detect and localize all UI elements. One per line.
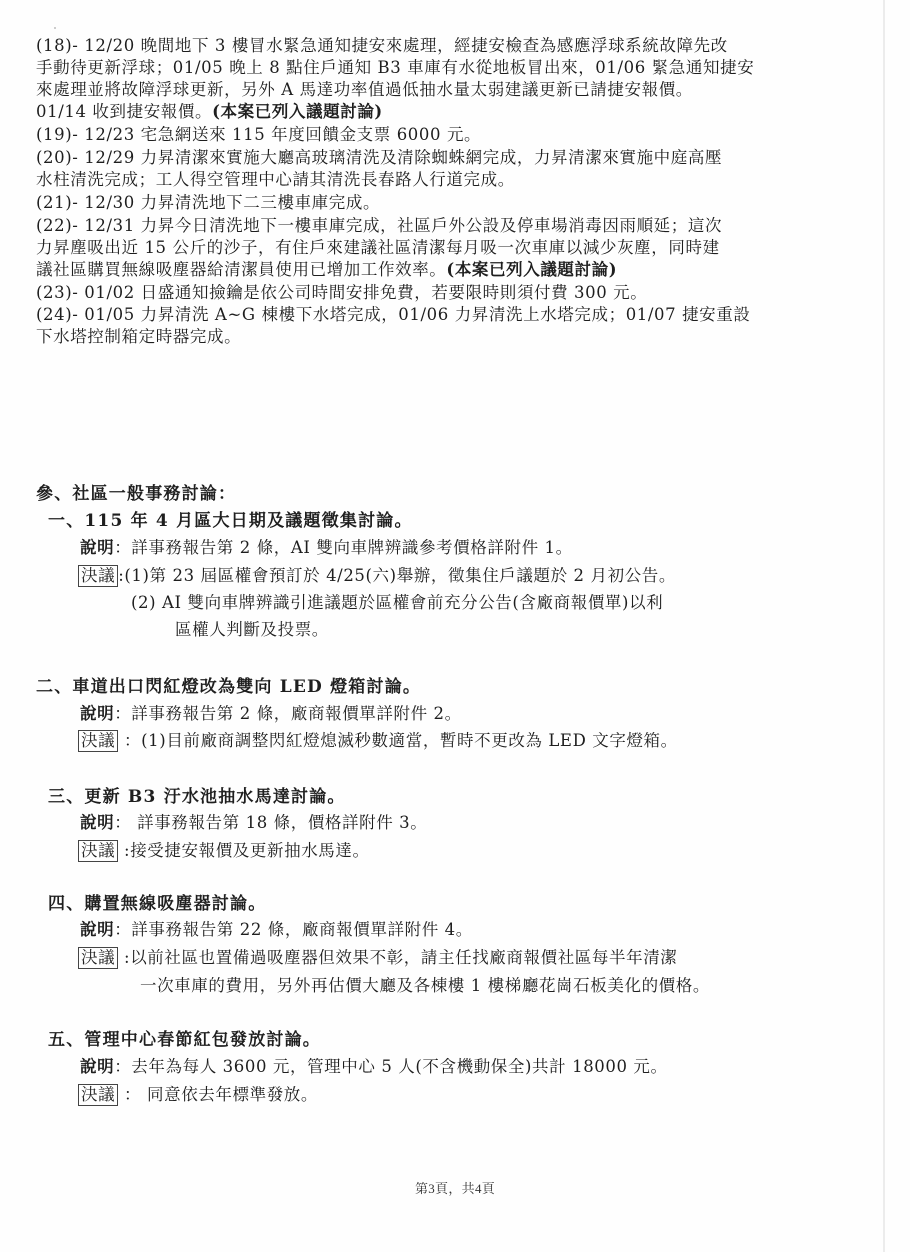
agenda-note: (本案已列入議題討論) xyxy=(446,260,617,279)
explain-label: 說明 xyxy=(80,704,114,723)
topic-title: 五、管理中心春節紅包發放討論。 xyxy=(48,1029,321,1051)
resolution-line: (2) AI 雙向車牌辨識引進議題於區權會前充分公告(含廠商報價單)以利 xyxy=(131,592,663,614)
resolution-label-box: 決議 xyxy=(78,840,118,862)
explain-label: 說明 xyxy=(80,920,114,939)
explain-text: ：去年為每人 3600 元，管理中心 5 人(不含機動保全)共計 18000 元… xyxy=(114,1057,667,1076)
document-page: (18)- 12/20 晚間地下 3 樓冒水緊急通知捷安來處理，經捷安檢查為感應… xyxy=(0,0,910,1252)
topic-explanation: 說明：去年為每人 3600 元，管理中心 5 人(不含機動保全)共計 18000… xyxy=(80,1056,668,1078)
report-line: 01/14 收到捷安報價。(本案已列入議題討論) xyxy=(36,101,383,123)
section-title: 參、社區一般事務討論： xyxy=(36,483,236,505)
report-line: 下水塔控制箱定時器完成。 xyxy=(36,326,241,348)
report-line: 來處理並將故障浮球更新，另外 A 馬達功率值過低抽水量太弱建議更新已請捷安報價。 xyxy=(36,79,693,101)
explain-text: ：詳事務報告第 2 條，AI 雙向車牌辨識參考價格詳附件 1。 xyxy=(114,538,573,557)
topic-title: 二、車道出口閃紅燈改為雙向 LED 燈箱討論。 xyxy=(36,676,421,698)
resolution-label-box: 決議 xyxy=(78,565,118,587)
explain-text: ： 詳事務報告第 18 條，價格詳附件 3。 xyxy=(114,813,427,832)
topic-explanation: 說明：詳事務報告第 2 條，廠商報價單詳附件 2。 xyxy=(80,703,462,725)
topic-title: 四、購置無線吸塵器討論。 xyxy=(48,893,266,915)
page-indicator: 第3頁，共4頁 xyxy=(0,1178,910,1197)
report-line-text: 議社區購買無線吸塵器給清潔員使用已增加工作效率。 xyxy=(36,260,446,279)
resolution-line: 區權人判斷及投票。 xyxy=(175,619,329,641)
explain-text: ：詳事務報告第 2 條，廠商報價單詳附件 2。 xyxy=(114,704,462,723)
resolution-line: 一次車庫的費用，另外再估價大廳及各棟樓 1 樓梯廳花崗石板美化的價格。 xyxy=(140,975,710,997)
report-line: 議社區購買無線吸塵器給清潔員使用已增加工作效率。(本案已列入議題討論) xyxy=(36,259,617,281)
resolution-text: :接受捷安報價及更新抽水馬達。 xyxy=(118,841,369,860)
resolution-text: ： 同意依去年標準發放。 xyxy=(118,1085,318,1104)
resolution-label-box: 決議 xyxy=(78,1084,118,1106)
report-line: (19)- 12/23 宅急網送來 115 年度回饋金支票 6000 元。 xyxy=(36,124,481,146)
resolution-text: :(1)第 23 屆區權會預訂於 4/25(六)舉辦，徵集住戶議題於 2 月初公… xyxy=(118,566,676,585)
topic-explanation: 說明：詳事務報告第 2 條，AI 雙向車牌辨識參考價格詳附件 1。 xyxy=(80,537,573,559)
report-line: (18)- 12/20 晚間地下 3 樓冒水緊急通知捷安來處理，經捷安檢查為感應… xyxy=(36,35,728,57)
resolution-text: ：(1)目前廠商調整閃紅燈熄滅秒數適當，暫時不更改為 LED 文字燈箱。 xyxy=(118,731,678,750)
topic-resolution: 決議 :以前社區也置備過吸塵器但效果不彰，請主任找廠商報價社區每半年清潔 xyxy=(78,947,677,969)
report-line: (23)- 01/02 日盛通知撿鑰是依公司時間安排免費，若要限時則須付費 30… xyxy=(36,282,647,304)
topic-explanation: 說明： 詳事務報告第 18 條，價格詳附件 3。 xyxy=(80,812,427,834)
topic-resolution: 決議 ： 同意依去年標準發放。 xyxy=(78,1084,318,1106)
topic-explanation: 說明：詳事務報告第 22 條，廠商報價單詳附件 4。 xyxy=(80,919,473,941)
scan-artifact-dot xyxy=(54,27,56,29)
topic-resolution: 決議 :接受捷安報價及更新抽水馬達。 xyxy=(78,840,370,862)
report-line: (21)- 12/30 力昇清洗地下二三樓車庫完成。 xyxy=(36,192,380,214)
report-line: (20)- 12/29 力昇清潔來實施大廳高玻璃清洗及清除蜘蛛網完成，力昇清潔來… xyxy=(36,147,722,169)
report-line-text: 01/14 收到捷安報價。 xyxy=(36,102,212,121)
resolution-text: :以前社區也置備過吸塵器但效果不彰，請主任找廠商報價社區每半年清潔 xyxy=(118,948,677,967)
topic-resolution: 決議 ：(1)目前廠商調整閃紅燈熄滅秒數適當，暫時不更改為 LED 文字燈箱。 xyxy=(78,730,678,752)
resolution-label-box: 決議 xyxy=(78,730,118,752)
explain-label: 說明 xyxy=(80,538,114,557)
agenda-note: (本案已列入議題討論) xyxy=(212,102,383,121)
report-line: 水柱清洗完成；工人得空管理中心請其清洗長春路人行道完成。 xyxy=(36,169,515,191)
report-line: 手動待更新浮球；01/05 晚上 8 點住戶通知 B3 車庫有水從地板冒出來，0… xyxy=(36,57,754,79)
topic-title: 三、更新 B3 汙水池抽水馬達討論。 xyxy=(48,786,346,808)
report-line: 力昇塵吸出近 15 公斤的沙子，有住戶來建議社區清潔每月吸一次車庫以減少灰塵，同… xyxy=(36,237,720,259)
resolution-label-box: 決議 xyxy=(78,947,118,969)
topic-title: 一、115 年 4 月區大日期及議題徵集討論。 xyxy=(48,510,413,532)
explain-label: 說明 xyxy=(80,813,114,832)
report-line: (24)- 01/05 力昇清洗 A~G 棟樓下水塔完成，01/06 力昇清洗上… xyxy=(36,304,751,326)
report-line: (22)- 12/31 力昇今日清洗地下一樓車庫完成，社區戶外公設及停車場消毒因… xyxy=(36,215,722,237)
topic-resolution: 決議:(1)第 23 屆區權會預訂於 4/25(六)舉辦，徵集住戶議題於 2 月… xyxy=(78,565,676,587)
scan-edge-line xyxy=(883,0,885,1252)
explain-text: ：詳事務報告第 22 條，廠商報價單詳附件 4。 xyxy=(114,920,473,939)
explain-label: 說明 xyxy=(80,1057,114,1076)
